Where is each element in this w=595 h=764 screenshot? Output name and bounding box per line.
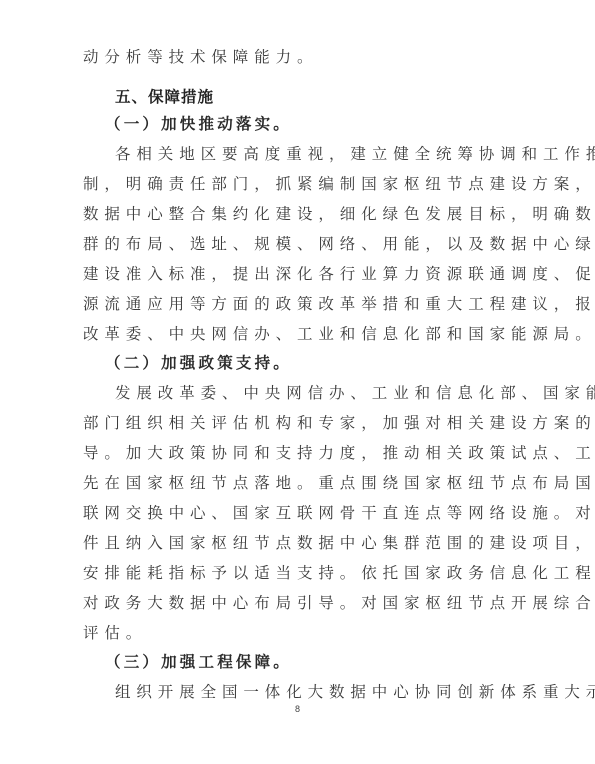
- subsection-heading-1: （一）加快推动落实。: [105, 114, 545, 134]
- subsection-heading-3: （三）加强工程保障。: [105, 652, 545, 672]
- paragraph-line: 先在国家枢纽节点落地。重点围绕国家枢纽节点布局国家新型互: [83, 473, 523, 493]
- paragraph-line: 对政务大数据中心布局引导。对国家枢纽节点开展综合发展质量: [83, 593, 523, 613]
- paragraph-line: 评估。: [83, 623, 523, 643]
- paragraph-line: 安排能耗指标予以适当支持。依托国家政务信息化工程建设加强: [83, 563, 523, 583]
- section-heading: 五、保障措施: [115, 87, 555, 107]
- paragraph-continuation: 动分析等技术保障能力。: [83, 47, 523, 67]
- paragraph-line: 发展改革委、中央网信办、工业和信息化部、国家能源局等: [115, 383, 555, 403]
- paragraph-line: 组织开展全国一体化大数据中心协同创新体系重大示范工: [115, 682, 555, 702]
- paragraph-line: 制，明确责任部门，抓紧编制国家枢纽节点建设方案，统筹规划: [83, 174, 523, 194]
- page-number: 8: [0, 704, 595, 714]
- paragraph-line: 件且纳入国家枢纽节点数据中心集群范围的建设项目，积极协调: [83, 533, 523, 553]
- paragraph-line: 部门组织相关评估机构和专家，加强对相关建设方案的评估指: [83, 413, 523, 433]
- paragraph-line: 群的布局、选址、规模、网络、用能，以及数据中心绿色节能等: [83, 234, 523, 254]
- paragraph-line: 联网交换中心、国家互联网骨干直连点等网络设施。对于符合条: [83, 503, 523, 523]
- paragraph-line: 数据中心整合集约化建设，细化绿色发展目标，明确数据中心集: [83, 204, 523, 224]
- paragraph-line: 改革委、中央网信办、工业和信息化部和国家能源局。: [83, 324, 523, 344]
- document-page: 动分析等技术保障能力。 五、保障措施 （一）加快推动落实。 各相关地区要高度重视…: [0, 0, 595, 764]
- paragraph-line: 各相关地区要高度重视，建立健全统筹协调和工作推进机: [115, 144, 555, 164]
- paragraph-line: 建设准入标准，提出深化各行业算力资源联通调度、促进数据资: [83, 264, 523, 284]
- subsection-heading-2: （二）加强政策支持。: [105, 353, 545, 373]
- paragraph-line: 源流通应用等方面的政策改革举措和重大工程建议，报国家发展: [83, 294, 523, 314]
- paragraph-line: 导。加大政策协同和支持力度，推动相关政策试点、工程试点优: [83, 443, 523, 463]
